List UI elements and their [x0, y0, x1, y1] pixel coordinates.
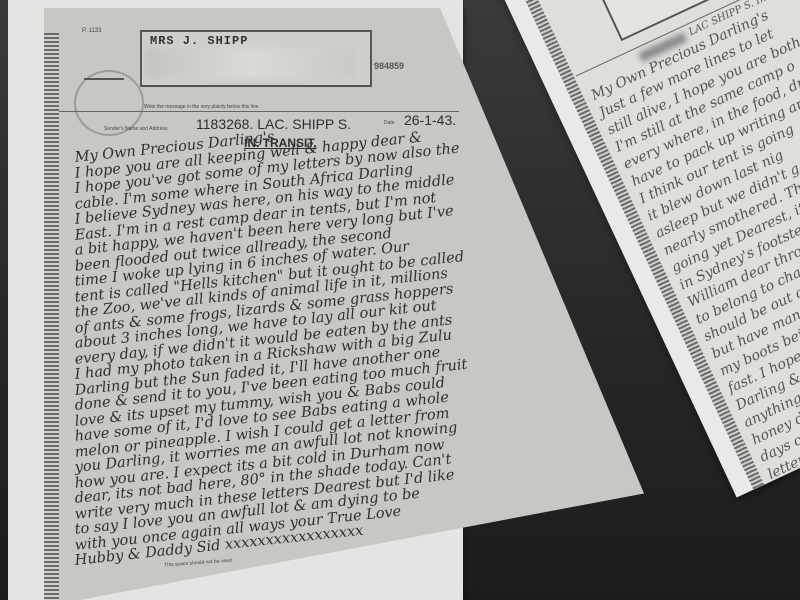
right-form-number: P. 1133	[543, 0, 560, 1]
sender-label: Sender's Name and Address	[104, 126, 168, 132]
arrow-icon	[84, 78, 124, 80]
serial-number: 984859	[374, 63, 404, 69]
left-address-redacted	[146, 48, 356, 78]
left-addressee: MRS J. SHIPP	[150, 34, 248, 48]
form-instruction: Write the message in the very plainly be…	[144, 104, 260, 110]
letter-date: 26-1-43.	[404, 112, 456, 128]
left-form-number: P. 1133	[82, 28, 101, 34]
footer-note: This space should not be used.	[164, 558, 233, 569]
left-letter-border-stripe	[44, 33, 59, 600]
date-label: Date	[384, 120, 395, 126]
left-header-rule	[59, 111, 459, 112]
